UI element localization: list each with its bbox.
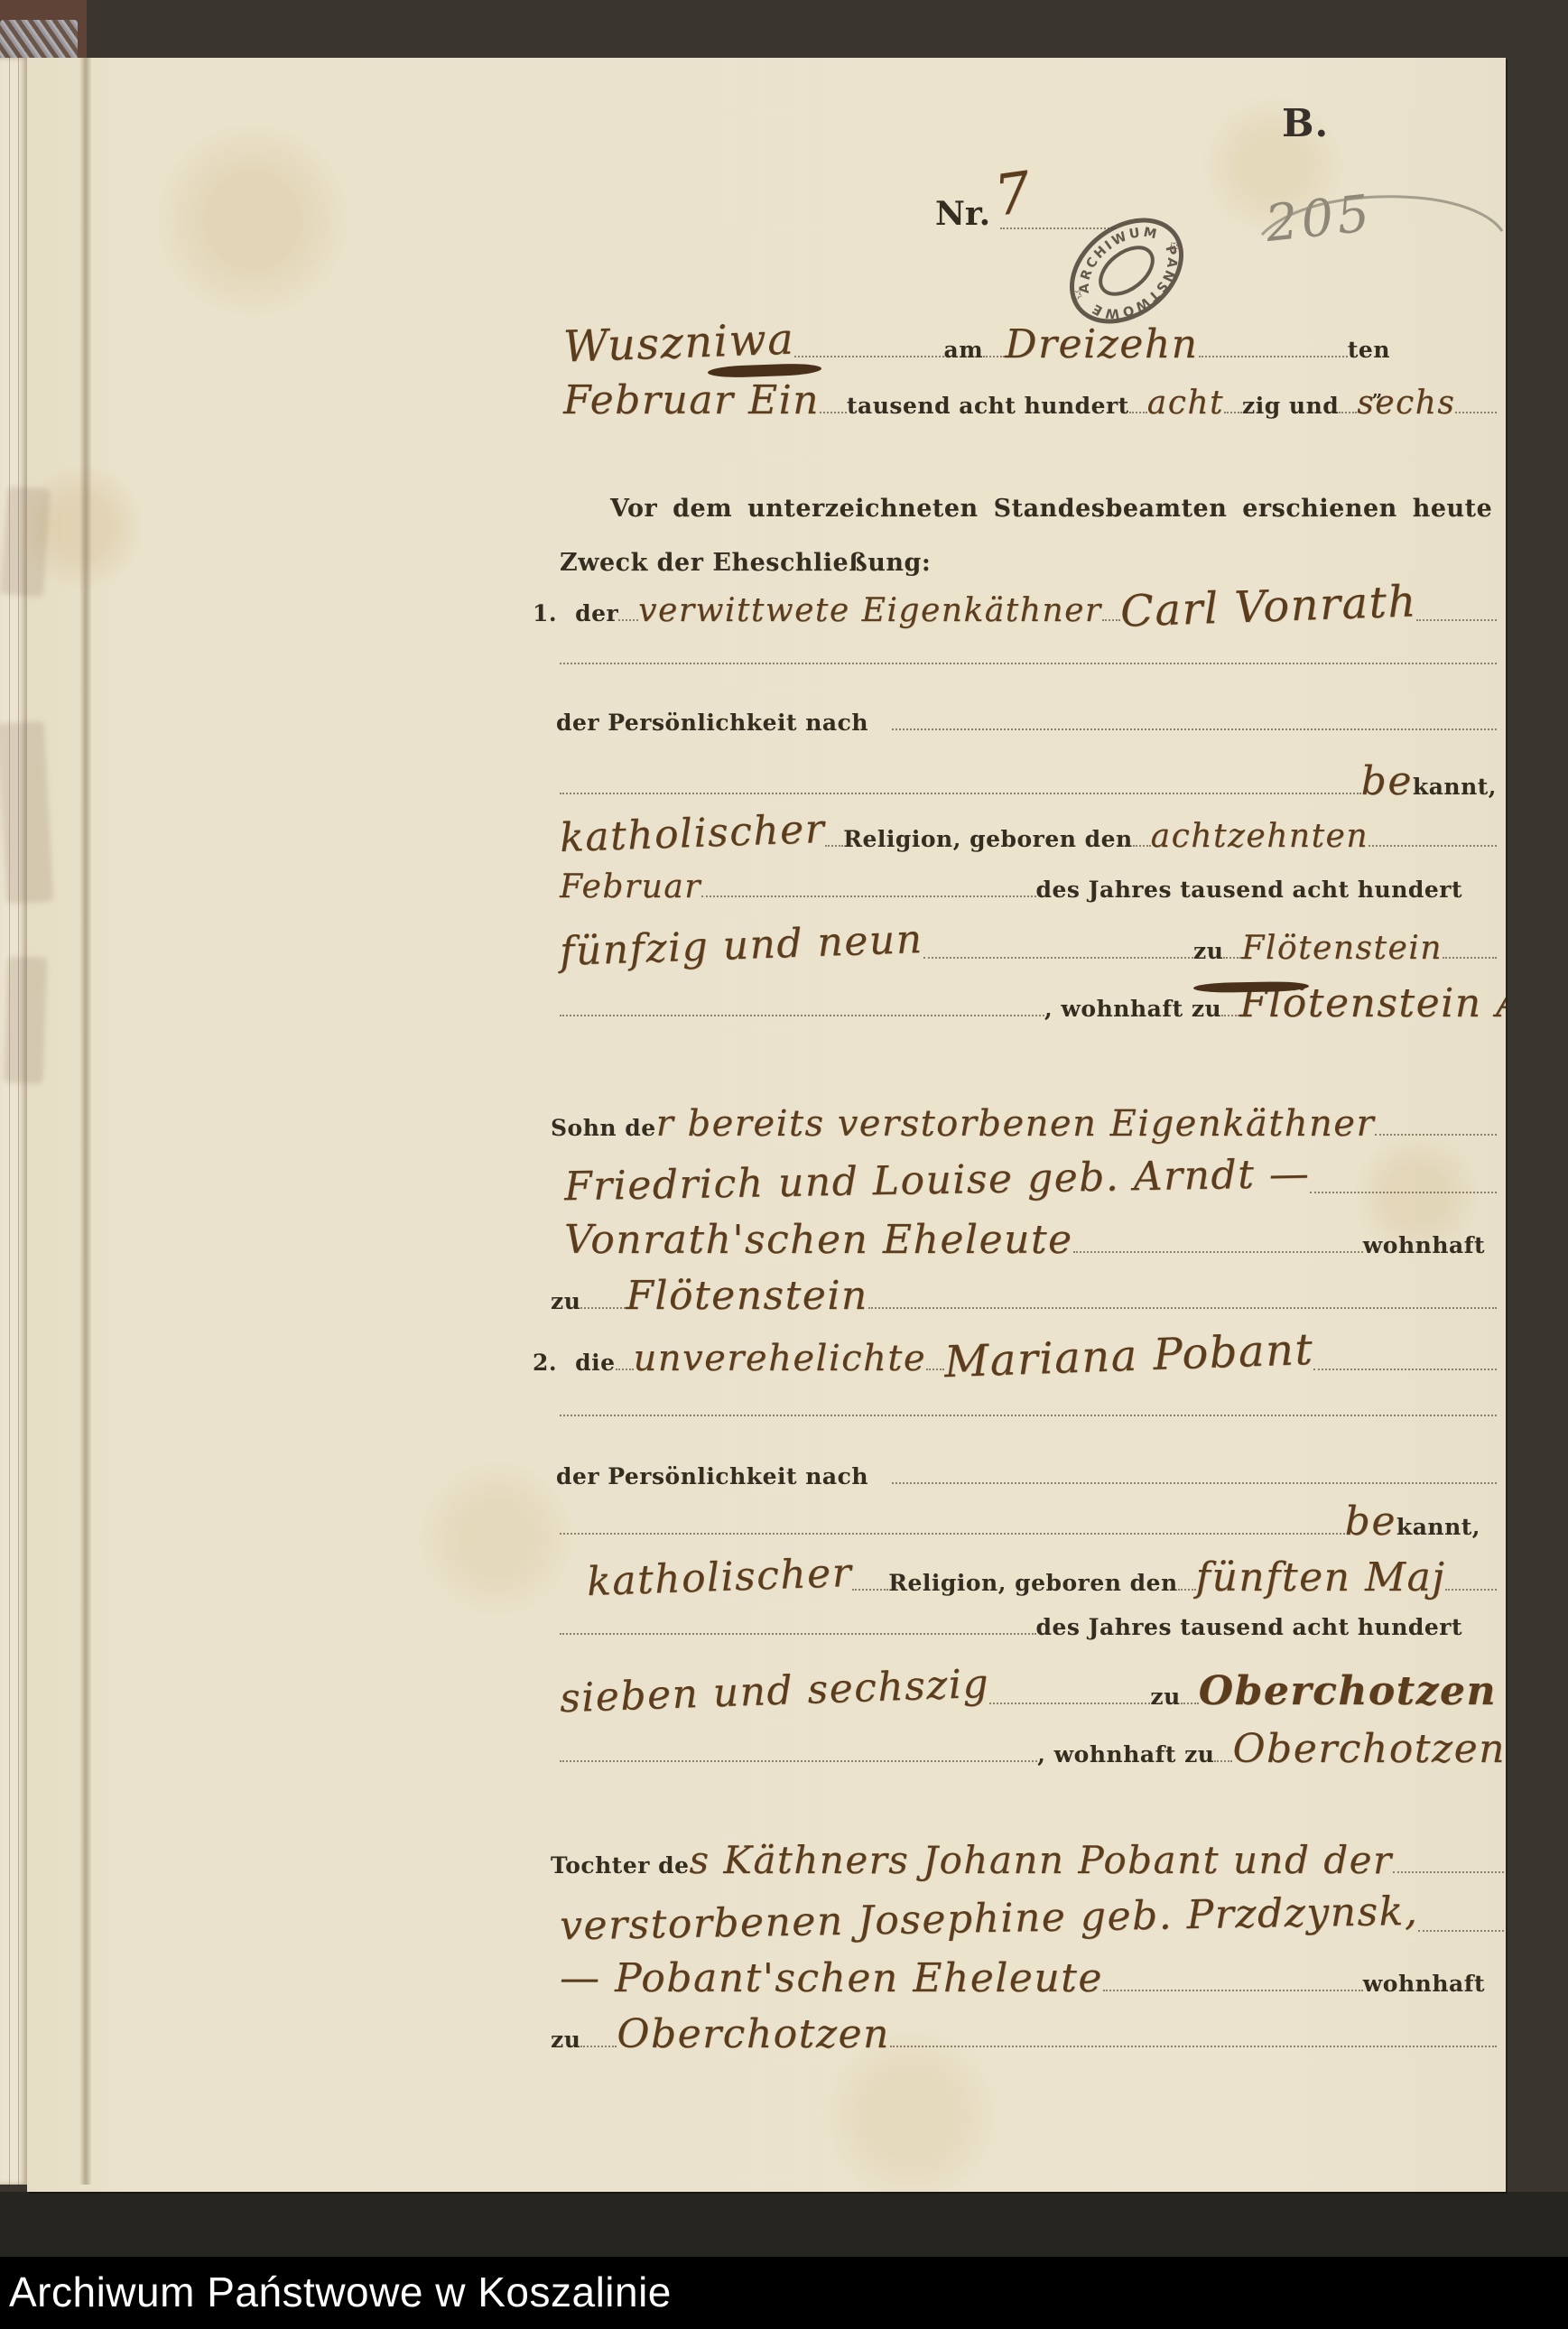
blank-dotted-line xyxy=(560,1411,1497,1416)
handwritten-groom-parents3: Vonrath'schen Eheleute xyxy=(564,1217,1073,1263)
bride-birthyear-line: sieben und sechszig zu Oberchotzen xyxy=(560,1668,1497,1714)
bride-name-line: 2. die unverehelichte Mariana Pobant xyxy=(533,1331,1497,1381)
handwritten-bride-parents-residence: Oberchotzen xyxy=(617,2011,890,2057)
groom-birthmonth-line: Februar des Jahres tausend acht hundert xyxy=(560,868,1462,905)
handwritten-bride-residence: Oberchotzen xyxy=(1232,1726,1506,1772)
handwritten-decade: acht xyxy=(1147,385,1224,422)
printed-religion-geboren: Religion, geboren den xyxy=(888,1570,1177,1596)
handwritten-bride-occupation: unverehelichte xyxy=(634,1338,927,1379)
handwritten-be: be xyxy=(1361,758,1413,804)
page-corner-letter: B. xyxy=(1282,101,1329,145)
pencil-flourish xyxy=(1255,172,1506,280)
groom-birthyear-line: fünfzig und neun zu Flötenstein xyxy=(560,923,1497,969)
archive-watermark-bar: Archiwum Państwowe w Koszalinie xyxy=(0,2257,1568,2329)
printed-number-2: 2. xyxy=(533,1350,557,1376)
printed-des-jahres: des Jahres tausend acht hundert xyxy=(1036,1614,1462,1640)
handwritten-bride-parents1: s Käthners Johann Pobant und der xyxy=(690,1838,1393,1882)
handwritten-groom-birthday: achtzehnten xyxy=(1151,818,1369,855)
groom-parents-residence-line: zu Flötenstein xyxy=(551,1273,1497,1319)
handwritten-unit: sechs xyxy=(1357,385,1455,422)
printed-wohnhaft-zu: , wohnhaft zu xyxy=(1044,996,1221,1022)
handwritten-bride-parents3: — Pobant'schen Eheleute xyxy=(560,1955,1103,2001)
printed-zu: zu xyxy=(551,1288,580,1314)
bride-parents-residence-line: zu Oberchotzen xyxy=(551,2011,1497,2057)
bride-bekannt-line: be kannt, xyxy=(560,1499,1480,1545)
handwritten-groom-occupation: verwittwete Eigenkäthner xyxy=(638,592,1101,629)
groom-parents-line3: Vonrath'schen Eheleute wohnhaft xyxy=(564,1217,1485,1263)
printed-tochter-de: Tochter de xyxy=(551,1852,690,1879)
printed-wohnhaft: wohnhaft xyxy=(1363,1971,1485,1997)
printed-wohnhaft: wohnhaft xyxy=(1363,1232,1485,1258)
printed-number-1: 1. xyxy=(533,600,557,626)
handwritten-be: be xyxy=(1345,1499,1396,1545)
bride-residence-line: , wohnhaft zu Oberchotzen xyxy=(560,1726,1506,1772)
printed-kannt: kannt, xyxy=(1396,1514,1480,1540)
page-content: B. 205 Nr. 7 ARCHIWUM PAŃSTWOWE ✩ ✩ Wusz… xyxy=(0,0,1506,2192)
printed-des-jahres: des Jahres tausend acht hundert xyxy=(1036,877,1462,903)
form-line-place-date: Wuszniwa am Dreizehn ten xyxy=(563,318,1390,368)
printed-wohnhaft-zu: , wohnhaft zu xyxy=(1037,1741,1214,1768)
groom-identity-line: der Persönlichkeit nach xyxy=(556,710,1497,736)
handwritten-groom-birthplace: Flötenstein xyxy=(1241,930,1443,967)
groom-parents-line2: Friedrich und Louise geb. Arndt — xyxy=(564,1157,1497,1203)
handwritten-place: Wuszniwa xyxy=(562,314,795,373)
printed-zu: zu xyxy=(1193,938,1223,964)
printed-am: am xyxy=(944,337,984,363)
bride-religion-line: katholischer Religion, geboren den fünft… xyxy=(587,1554,1497,1601)
printed-kannt: kannt, xyxy=(1413,774,1497,800)
table-backdrop xyxy=(0,2192,1568,2259)
printed-persoenlichkeit: der Persönlichkeit nach xyxy=(556,710,868,736)
handwritten-month: Februar Ein xyxy=(563,377,820,423)
groom-residence-line: , wohnhaft zu Flötenstein Ab xyxy=(560,980,1506,1026)
archive-watermark-text: Archiwum Państwowe w Koszalinie xyxy=(9,2268,672,2316)
printed-ten: ten xyxy=(1348,337,1390,363)
groom-religion-line: katholischer Religion, geboren den achtz… xyxy=(560,811,1497,857)
printed-die: die xyxy=(575,1350,615,1376)
printed-zig-und: zig und xyxy=(1242,393,1339,419)
groom-parents-line1: Sohn de r bereits verstorbenen Eigenkäth… xyxy=(551,1103,1497,1145)
printed-tausend: tausend acht hundert xyxy=(847,393,1129,419)
nr-label: Nr. xyxy=(935,195,990,233)
bride-parents-line3: — Pobant'schen Eheleute wohnhaft xyxy=(560,1955,1485,2001)
printed-der: der xyxy=(575,600,618,626)
printed-intro1: Vor dem unterzeichneten Standesbeamten e… xyxy=(610,495,1506,523)
printed-persoenlichkeit: der Persönlichkeit nach xyxy=(556,1463,868,1489)
handwritten-groom-religion: katholischer xyxy=(559,806,826,861)
handwritten-groom-birthyear: fünfzig und neun xyxy=(559,916,923,975)
handwritten-bride-parents2: verstorbenen Josephine geb. Przdzynsk, xyxy=(560,1888,1419,1950)
handwritten-bride-name: Mariana Pobant xyxy=(943,1324,1314,1387)
printed-zu: zu xyxy=(551,2027,580,2053)
handwritten-bride-religion: katholischer xyxy=(586,1550,853,1605)
handwritten-bride-birthyear: sieben und sechszig xyxy=(559,1661,990,1722)
printed-zu: zu xyxy=(1150,1684,1180,1710)
handwritten-groom-parents1: r bereits verstorbenen Eigenkäthner xyxy=(656,1103,1375,1145)
handwritten-groom-parents-residence: Flötenstein xyxy=(626,1273,868,1319)
form-line-year: Februar Ein tausend acht hundert acht zi… xyxy=(563,377,1497,423)
printed-intro2: Zweck der Eheschließung: xyxy=(560,549,931,577)
blank-dotted-line xyxy=(560,659,1497,664)
bride-identity-line: der Persönlichkeit nach xyxy=(556,1463,1497,1489)
printed-religion-geboren: Religion, geboren den xyxy=(843,826,1132,852)
handwritten-bride-birthday: fünften Maj xyxy=(1196,1554,1446,1601)
groom-bekannt-line: be kannt, xyxy=(560,758,1497,804)
handwritten-day: Dreizehn xyxy=(1005,321,1198,367)
handwritten-bride-birthplace: Oberchotzen xyxy=(1199,1668,1497,1714)
handwritten-groom-parents2: Friedrich und Louise geb. Arndt — xyxy=(564,1151,1311,1210)
groom-name-line: 1. der verwittwete Eigenkäthner Carl Von… xyxy=(533,581,1497,632)
bride-parents-line1: Tochter de s Käthners Johann Pobant und … xyxy=(551,1838,1506,1882)
intro-line-2: Zweck der Eheschließung: xyxy=(560,549,931,577)
intro-line-1: Vor dem unterzeichneten Standesbeamten e… xyxy=(610,495,1506,523)
printed-sohn-de: Sohn de xyxy=(551,1115,656,1141)
handwritten-groom-birthmonth: Februar xyxy=(560,868,701,905)
bride-parents-line2: verstorbenen Josephine geb. Przdzynsk, xyxy=(560,1896,1506,1942)
handwritten-groom-name: Carl Vonrath xyxy=(1119,576,1417,636)
bride-birthyear-label-line: des Jahres tausend acht hundert xyxy=(560,1614,1462,1640)
